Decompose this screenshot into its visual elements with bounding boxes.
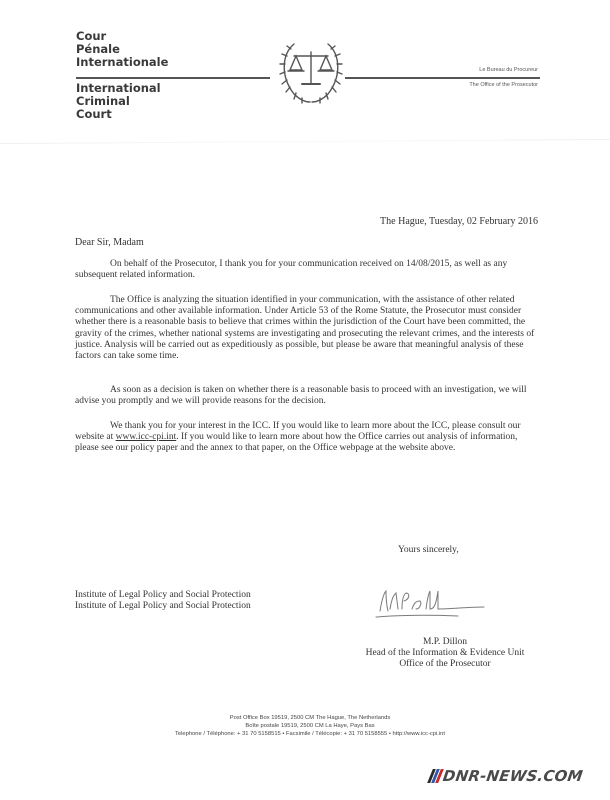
watermark-stripes-icon [430, 769, 441, 783]
watermark-logo: DNR-NEWS.COM [430, 767, 583, 785]
signer-block: M.P. Dillon Head of the Information & Ev… [350, 637, 540, 671]
paragraph-analysis: The Office is analyzing the situation id… [75, 295, 540, 362]
footer-address-en: Post Office Box 19519, 2500 CM The Hague… [100, 714, 520, 722]
court-name-fr-line: Internationale [76, 56, 168, 69]
paragraph-decision: As soon as a decision is taken on whethe… [75, 385, 540, 407]
court-name-french: Cour Pénale Internationale [76, 30, 168, 69]
footer-contact: Telephone / Téléphone: + 31 70 5158515 •… [100, 730, 520, 738]
header-rule-right [345, 77, 540, 79]
scan-artifact-line [0, 139, 610, 144]
court-name-english: International Criminal Court [76, 82, 161, 121]
signer-office: Office of the Prosecutor [350, 659, 540, 670]
header-rule-left [76, 77, 270, 79]
recipient-line: Institute of Legal Policy and Social Pro… [75, 590, 251, 600]
office-name-french: Le Bureau du Procureur [479, 67, 538, 73]
icc-website-link[interactable]: www.icc-cpi.int [116, 432, 177, 442]
footer-address-fr: Boîte postale 19519, 2500 CM La Haye, Pa… [100, 722, 520, 730]
letter-date: The Hague, Tuesday, 02 February 2016 [380, 216, 538, 227]
salutation: Dear Sir, Madam [75, 237, 144, 248]
watermark-text: DNR-NEWS.COM [442, 767, 584, 785]
signer-name: M.P. Dillon [350, 637, 540, 648]
scales-of-justice-laurel-icon [272, 36, 350, 106]
letter-footer: Post Office Box 19519, 2500 CM The Hague… [100, 714, 520, 738]
office-name-english: The Office of the Prosecutor [469, 82, 538, 88]
court-name-en-line: Court [76, 108, 161, 121]
paragraph-acknowledgement: On behalf of the Prosecutor, I thank you… [75, 259, 540, 281]
recipient-line: Institute of Legal Policy and Social Pro… [75, 601, 251, 611]
signer-title: Head of the Information & Evidence Unit [350, 648, 540, 659]
handwritten-signature [372, 585, 492, 621]
paragraph-thanks: We thank you for your interest in the IC… [75, 421, 540, 455]
closing: Yours sincerely, [398, 545, 459, 555]
